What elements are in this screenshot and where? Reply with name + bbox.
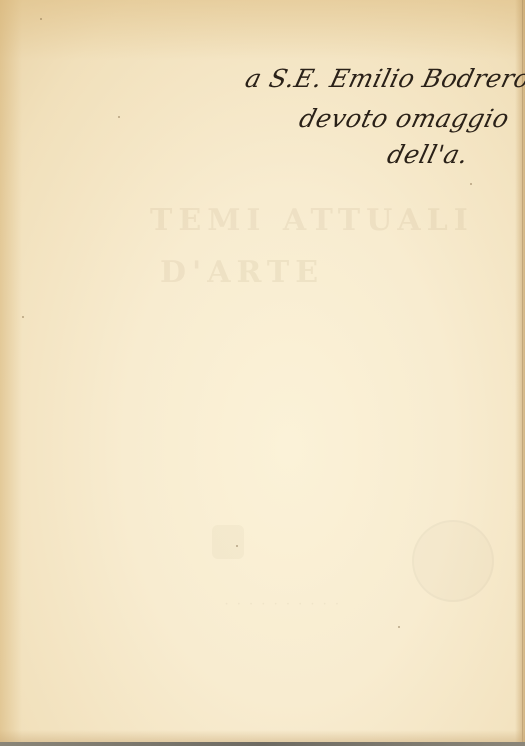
inscription-line-2: devoto omaggio: [296, 104, 512, 133]
paper-speck: [118, 116, 120, 118]
aged-top-edge: [0, 0, 525, 60]
inscription-line-1: a S.E. Emilio Bodrero: [242, 64, 525, 93]
page-bottom-border: [0, 742, 525, 746]
document-page: TEMI ATTUALI D'ARTE · · · · · · · · · · …: [0, 0, 525, 746]
show-through-emblem-icon: [212, 525, 244, 559]
aged-left-edge: [0, 0, 22, 746]
paper-speck: [40, 18, 42, 20]
paper-speck: [398, 626, 400, 628]
show-through-imprint: · · · · · · · · · ·: [225, 600, 342, 610]
paper-speck: [236, 545, 238, 547]
show-through-stamp-icon: [412, 520, 494, 602]
show-through-title-line-1: TEMI ATTUALI: [150, 203, 474, 238]
aged-right-edge: [515, 0, 525, 746]
paper-speck: [470, 183, 472, 185]
page-right-border: [522, 0, 523, 746]
aged-bottom-edge: [0, 730, 525, 742]
inscription-line-3: dell'a.: [384, 140, 471, 169]
paper-speck: [22, 316, 24, 318]
show-through-title-line-2: D'ARTE: [160, 255, 324, 290]
